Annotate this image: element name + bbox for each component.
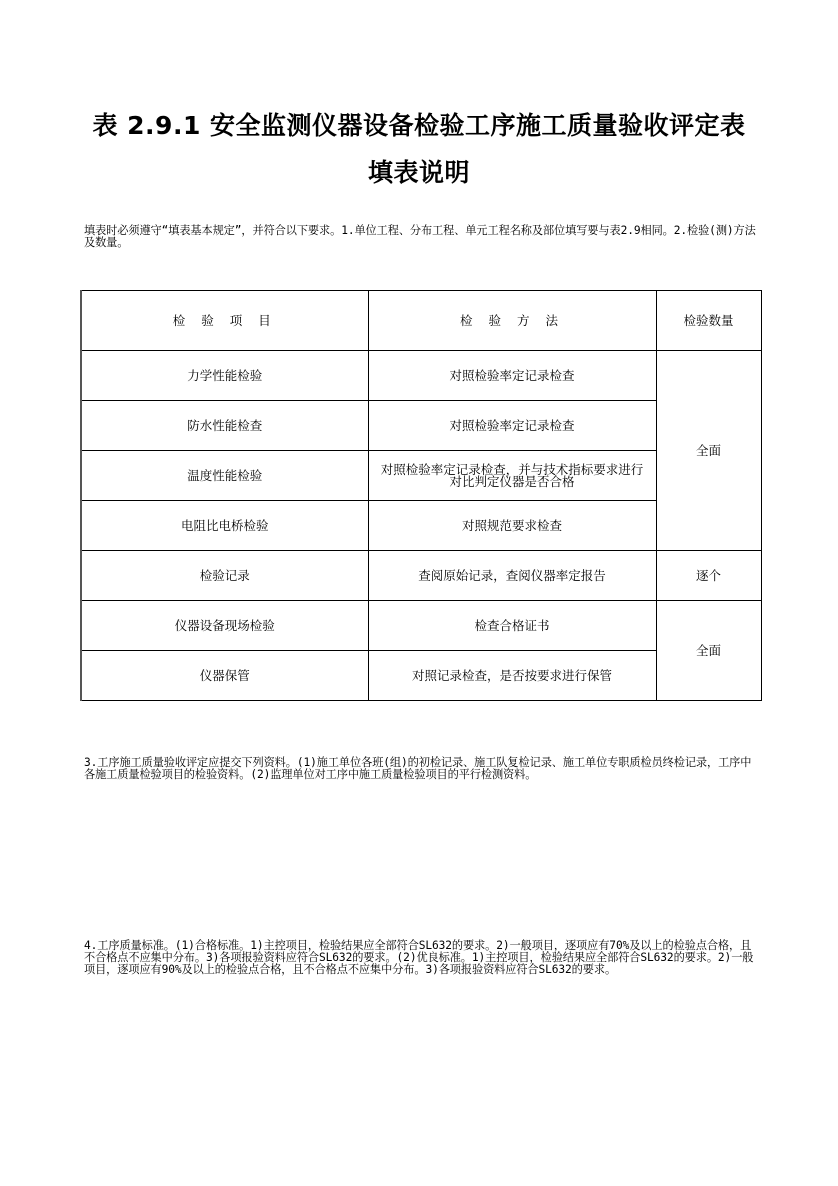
cell-method: 对照规范要求检查 xyxy=(368,501,656,551)
cell-item: 防水性能检查 xyxy=(81,401,368,451)
intro-paragraph: 填表时必须遵守“填表基本规定”，并符合以下要求。1.单位工程、分布工程、单元工程… xyxy=(84,225,760,249)
note-3-paragraph: 3.工序施工质量验收评定应提交下列资料。(1)施工单位各班(组)的初检记录、施工… xyxy=(84,757,760,781)
cell-method: 查阅原始记录，查阅仪器率定报告 xyxy=(368,551,656,601)
cell-item: 温度性能检验 xyxy=(81,451,368,501)
cell-item: 检验记录 xyxy=(81,551,368,601)
header-quantity: 检验数量 xyxy=(656,291,761,351)
cell-item: 仪器保管 xyxy=(81,651,368,701)
header-method: 检 验 方 法 xyxy=(368,291,656,351)
cell-item: 仪器设备现场检验 xyxy=(81,601,368,651)
table-row: 仪器设备现场检验 检查合格证书 全面 xyxy=(81,601,761,651)
cell-method: 对照检验率定记录检查 xyxy=(368,351,656,401)
cell-method: 对照检验率定记录检查 xyxy=(368,401,656,451)
cell-quantity: 逐个 xyxy=(656,551,761,601)
table-row: 检验记录 查阅原始记录，查阅仪器率定报告 逐个 xyxy=(81,551,761,601)
cell-method: 对照记录检查，是否按要求进行保管 xyxy=(368,651,656,701)
note-4-paragraph: 4.工序质量标准。(1)合格标准。1)主控项目，检验结果应全部符合SL632的要… xyxy=(84,940,760,976)
cell-quantity: 全面 xyxy=(656,351,761,551)
cell-item: 力学性能检验 xyxy=(81,351,368,401)
cell-item: 电阻比电桥检验 xyxy=(81,501,368,551)
table-header-row: 检 验 项 目 检 验 方 法 检验数量 xyxy=(81,291,761,351)
header-item: 检 验 项 目 xyxy=(81,291,368,351)
document-title: 表 2.9.1 安全监测仪器设备检验工序施工质量验收评定表 xyxy=(0,106,838,142)
cell-quantity: 全面 xyxy=(656,601,761,701)
cell-method: 检查合格证书 xyxy=(368,601,656,651)
document-subtitle: 填表说明 xyxy=(0,153,838,189)
table-row: 力学性能检验 对照检验率定记录检查 全面 xyxy=(81,351,761,401)
cell-method: 对照检验率定记录检查，并与技术指标要求进行对比判定仪器是否合格 xyxy=(368,451,656,501)
inspection-table: 检 验 项 目 检 验 方 法 检验数量 力学性能检验 对照检验率定记录检查 全… xyxy=(80,290,762,701)
